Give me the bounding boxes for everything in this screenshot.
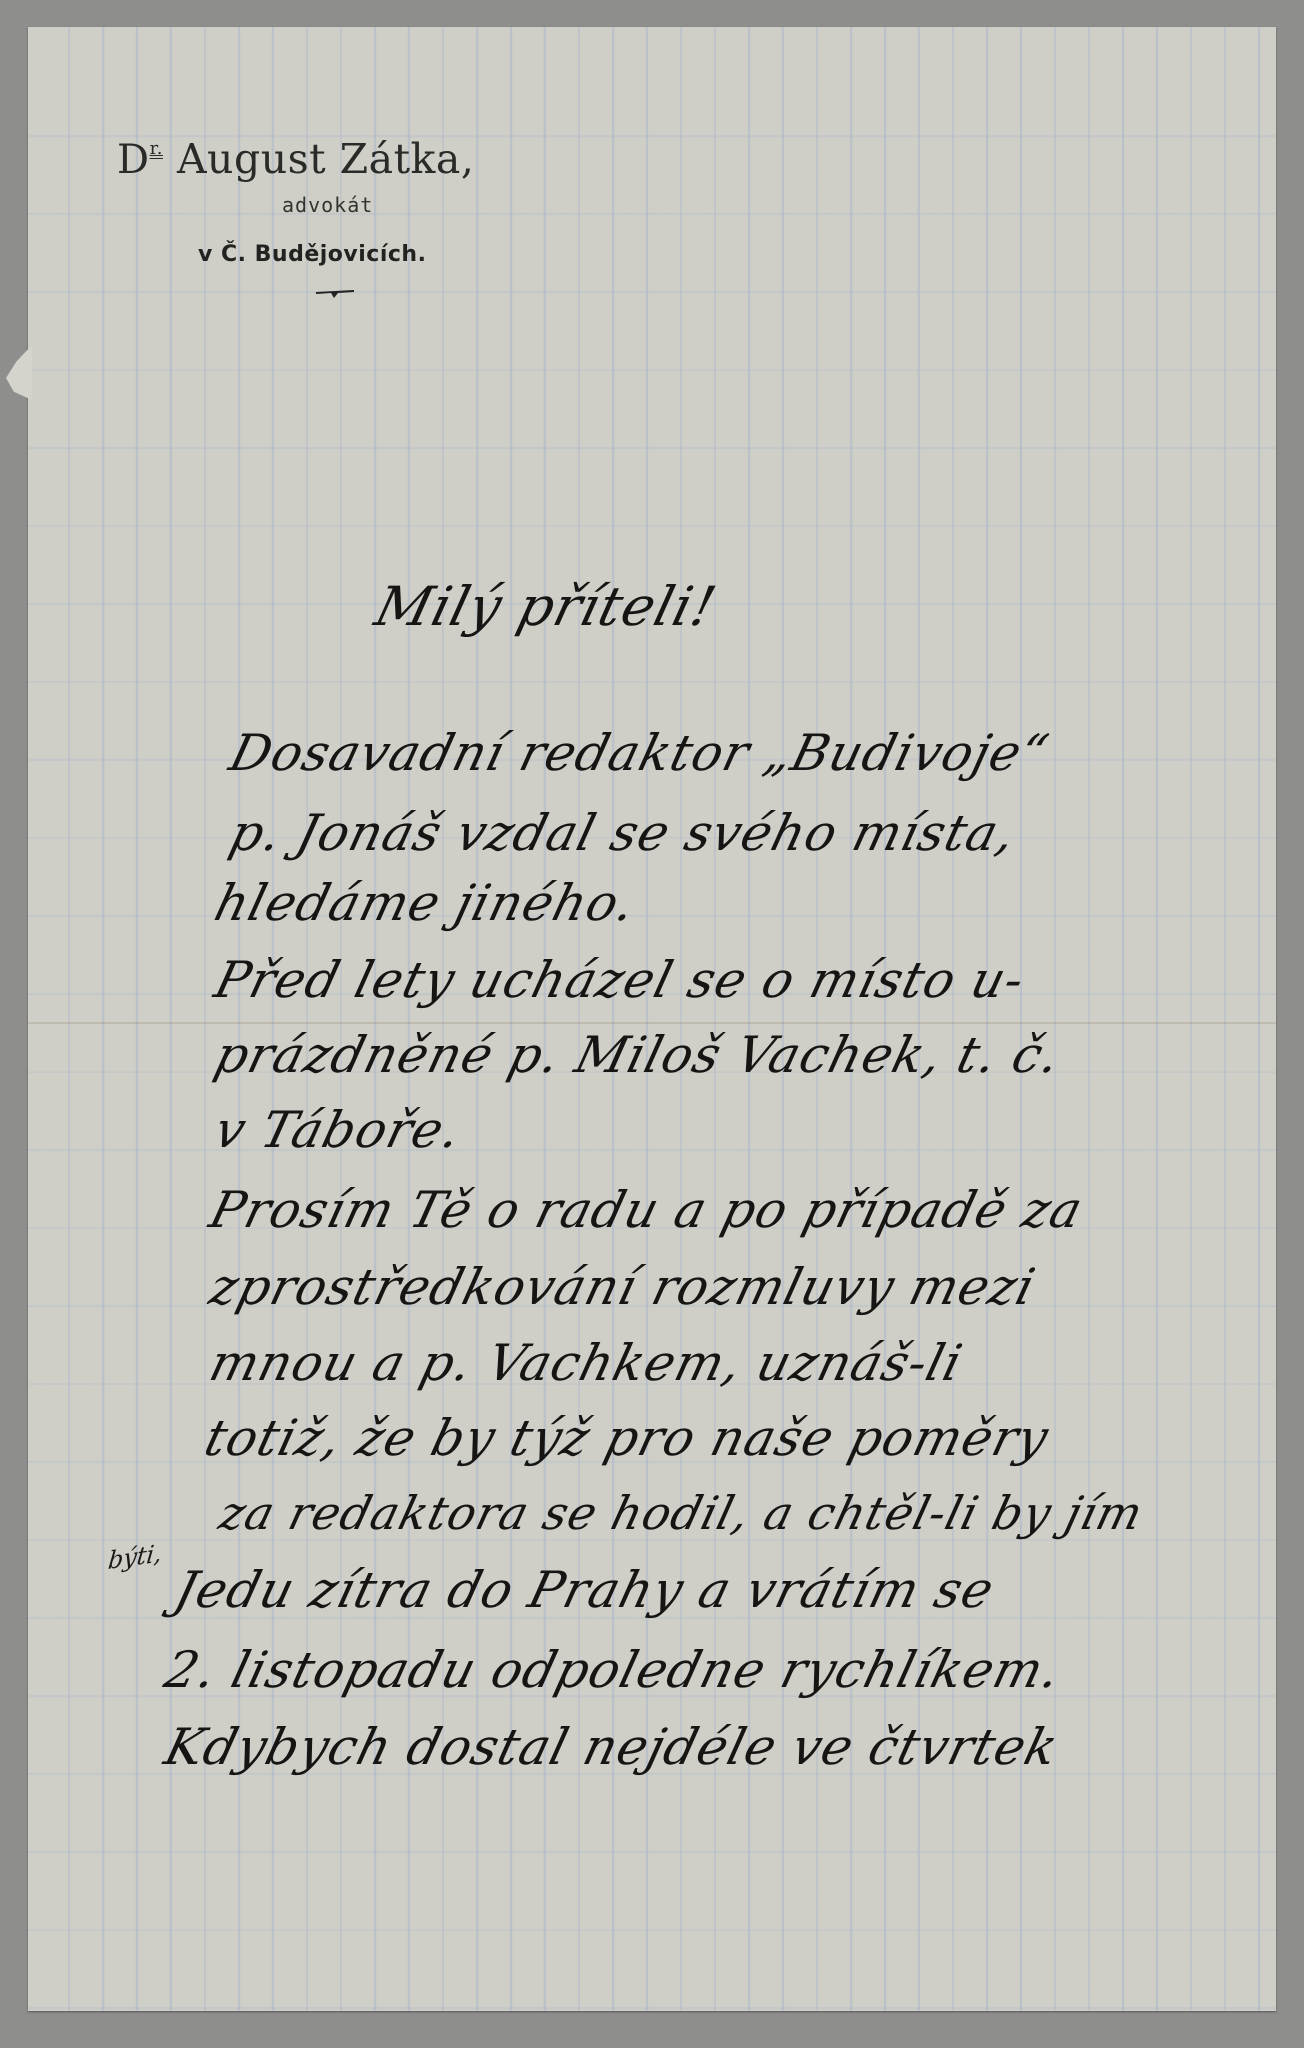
letter-line: p. Jonáš vzdal se svého místa, [225, 808, 1021, 858]
letter-line: Kdybych dostal nejdéle ve čtvrtek [160, 1722, 1063, 1772]
letterhead-name: Dr.August Zátka, [117, 135, 474, 183]
letter-line: za redaktora se hodil, a chtěl-li by jím [215, 1490, 1148, 1536]
letter-line: 2. listopadu odpoledne rychlíkem. [160, 1645, 1066, 1695]
letter-line: hledáme jiného. [210, 878, 641, 928]
letter-line: Jedu zítra do Prahy a vrátím se [170, 1565, 999, 1615]
salutation: Milý příteli! [370, 580, 722, 634]
title-superscript: r. [150, 138, 163, 159]
letter-line: Prosím Tě o radu a po případě za [205, 1185, 1088, 1235]
letter-line: zprostředkování rozmluvy mezi [205, 1262, 1040, 1312]
letter-line: prázdněné p. Miloš Vachek, t. č. [210, 1030, 1066, 1080]
letterhead-person: August Zátka, [177, 135, 474, 183]
letter-line: totiž, že by týž pro naše poměry [200, 1413, 1054, 1463]
decorative-dash-icon [316, 289, 354, 299]
letter-line: Dosavadní redaktor „Budivoje“ [225, 728, 1054, 778]
letter-line: Před lety ucházel se o místo u- [210, 955, 1030, 1005]
letterhead-city: v Č. Budějovicích. [198, 242, 426, 267]
letterhead-role: advokát [282, 193, 373, 217]
title-prefix: D [117, 137, 150, 183]
letter-line: mnou a p. Vachkem, uznáš-li [205, 1338, 967, 1388]
letter-line: v Táboře. [210, 1105, 466, 1155]
